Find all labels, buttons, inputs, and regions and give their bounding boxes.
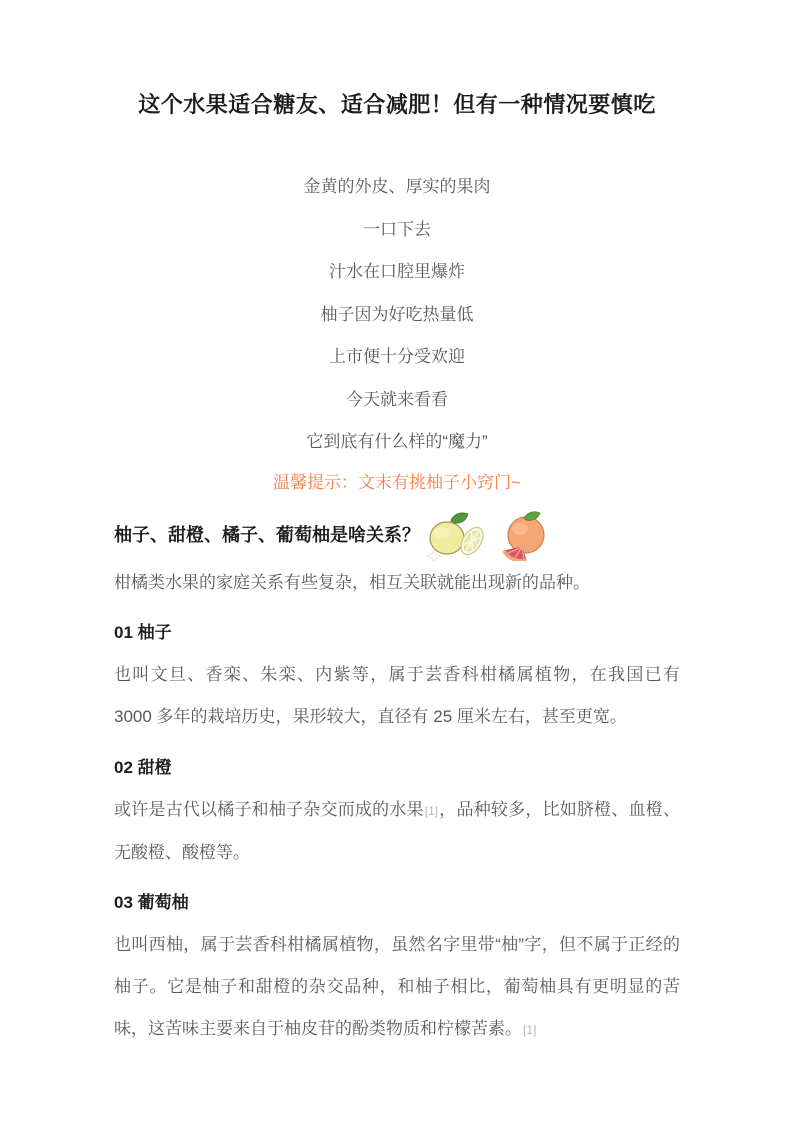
article-page: 这个水果适合糖友、适合减肥！但有一种情况要慎吃 金黄的外皮、厚实的果肉 一口下去… — [0, 0, 793, 1051]
section-paragraph-orange: 或许是古代以橘子和柚子杂交而成的水果[1]，品种较多，比如脐橙、血橙、无酸橙、酸… — [114, 789, 680, 874]
citation-mark: [1] — [424, 804, 439, 818]
page-title: 这个水果适合糖友、适合减肥！但有一种情况要慎吃 — [114, 88, 680, 122]
intro-line: 一口下去 — [114, 209, 680, 252]
paragraph-text: 也叫文旦、香栾、朱栾、内紫等，属于芸香科柑橘属植物，在我国已有 3000 多年的… — [114, 665, 680, 726]
pomelo-icon — [424, 509, 494, 561]
section-heading-pomelo: 01 柚子 — [114, 612, 680, 654]
intro-line: 金黄的外皮、厚实的果肉 — [114, 166, 680, 209]
section-heading-orange: 02 甜橙 — [114, 747, 680, 789]
paragraph-text: 或许是古代以橘子和柚子杂交而成的水果 — [114, 800, 424, 819]
family-intro-paragraph: 柑橘类水果的家庭关系有些复杂，相互关联就能出现新的品种。 — [114, 562, 680, 604]
question-heading-row: 柚子、甜橙、橘子、葡萄柚是啥关系？ — [114, 508, 680, 562]
question-heading: 柚子、甜橙、橘子、葡萄柚是啥关系？ — [114, 508, 420, 562]
intro-line: 它到底有什么样的“魔力” — [114, 421, 680, 464]
citation-mark: [1] — [522, 1023, 537, 1037]
citation-mark — [627, 711, 629, 725]
grapefruit-icon — [498, 509, 548, 561]
paragraph-text: 也叫西柚，属于芸香科柑橘属植物，虽然名字里带“柚”字，但不属于正经的柚子。它是柚… — [114, 935, 680, 1038]
intro-line: 汁水在口腔里爆炸 — [114, 251, 680, 294]
tip-text: 温馨提示：文末有挑柚子小窍门~ — [114, 464, 680, 502]
intro-line: 柚子因为好吃热量低 — [114, 294, 680, 337]
section-paragraph-pomelo: 也叫文旦、香栾、朱栾、内紫等，属于芸香科柑橘属植物，在我国已有 3000 多年的… — [114, 654, 680, 739]
intro-verse: 金黄的外皮、厚实的果肉 一口下去 汁水在口腔里爆炸 柚子因为好吃热量低 上市便十… — [114, 166, 680, 464]
intro-line: 上市便十分受欢迎 — [114, 336, 680, 379]
intro-line: 今天就来看看 — [114, 379, 680, 422]
section-paragraph-grapefruit: 也叫西柚，属于芸香科柑橘属植物，虽然名字里带“柚”字，但不属于正经的柚子。它是柚… — [114, 924, 680, 1051]
section-heading-grapefruit: 03 葡萄柚 — [114, 882, 680, 924]
